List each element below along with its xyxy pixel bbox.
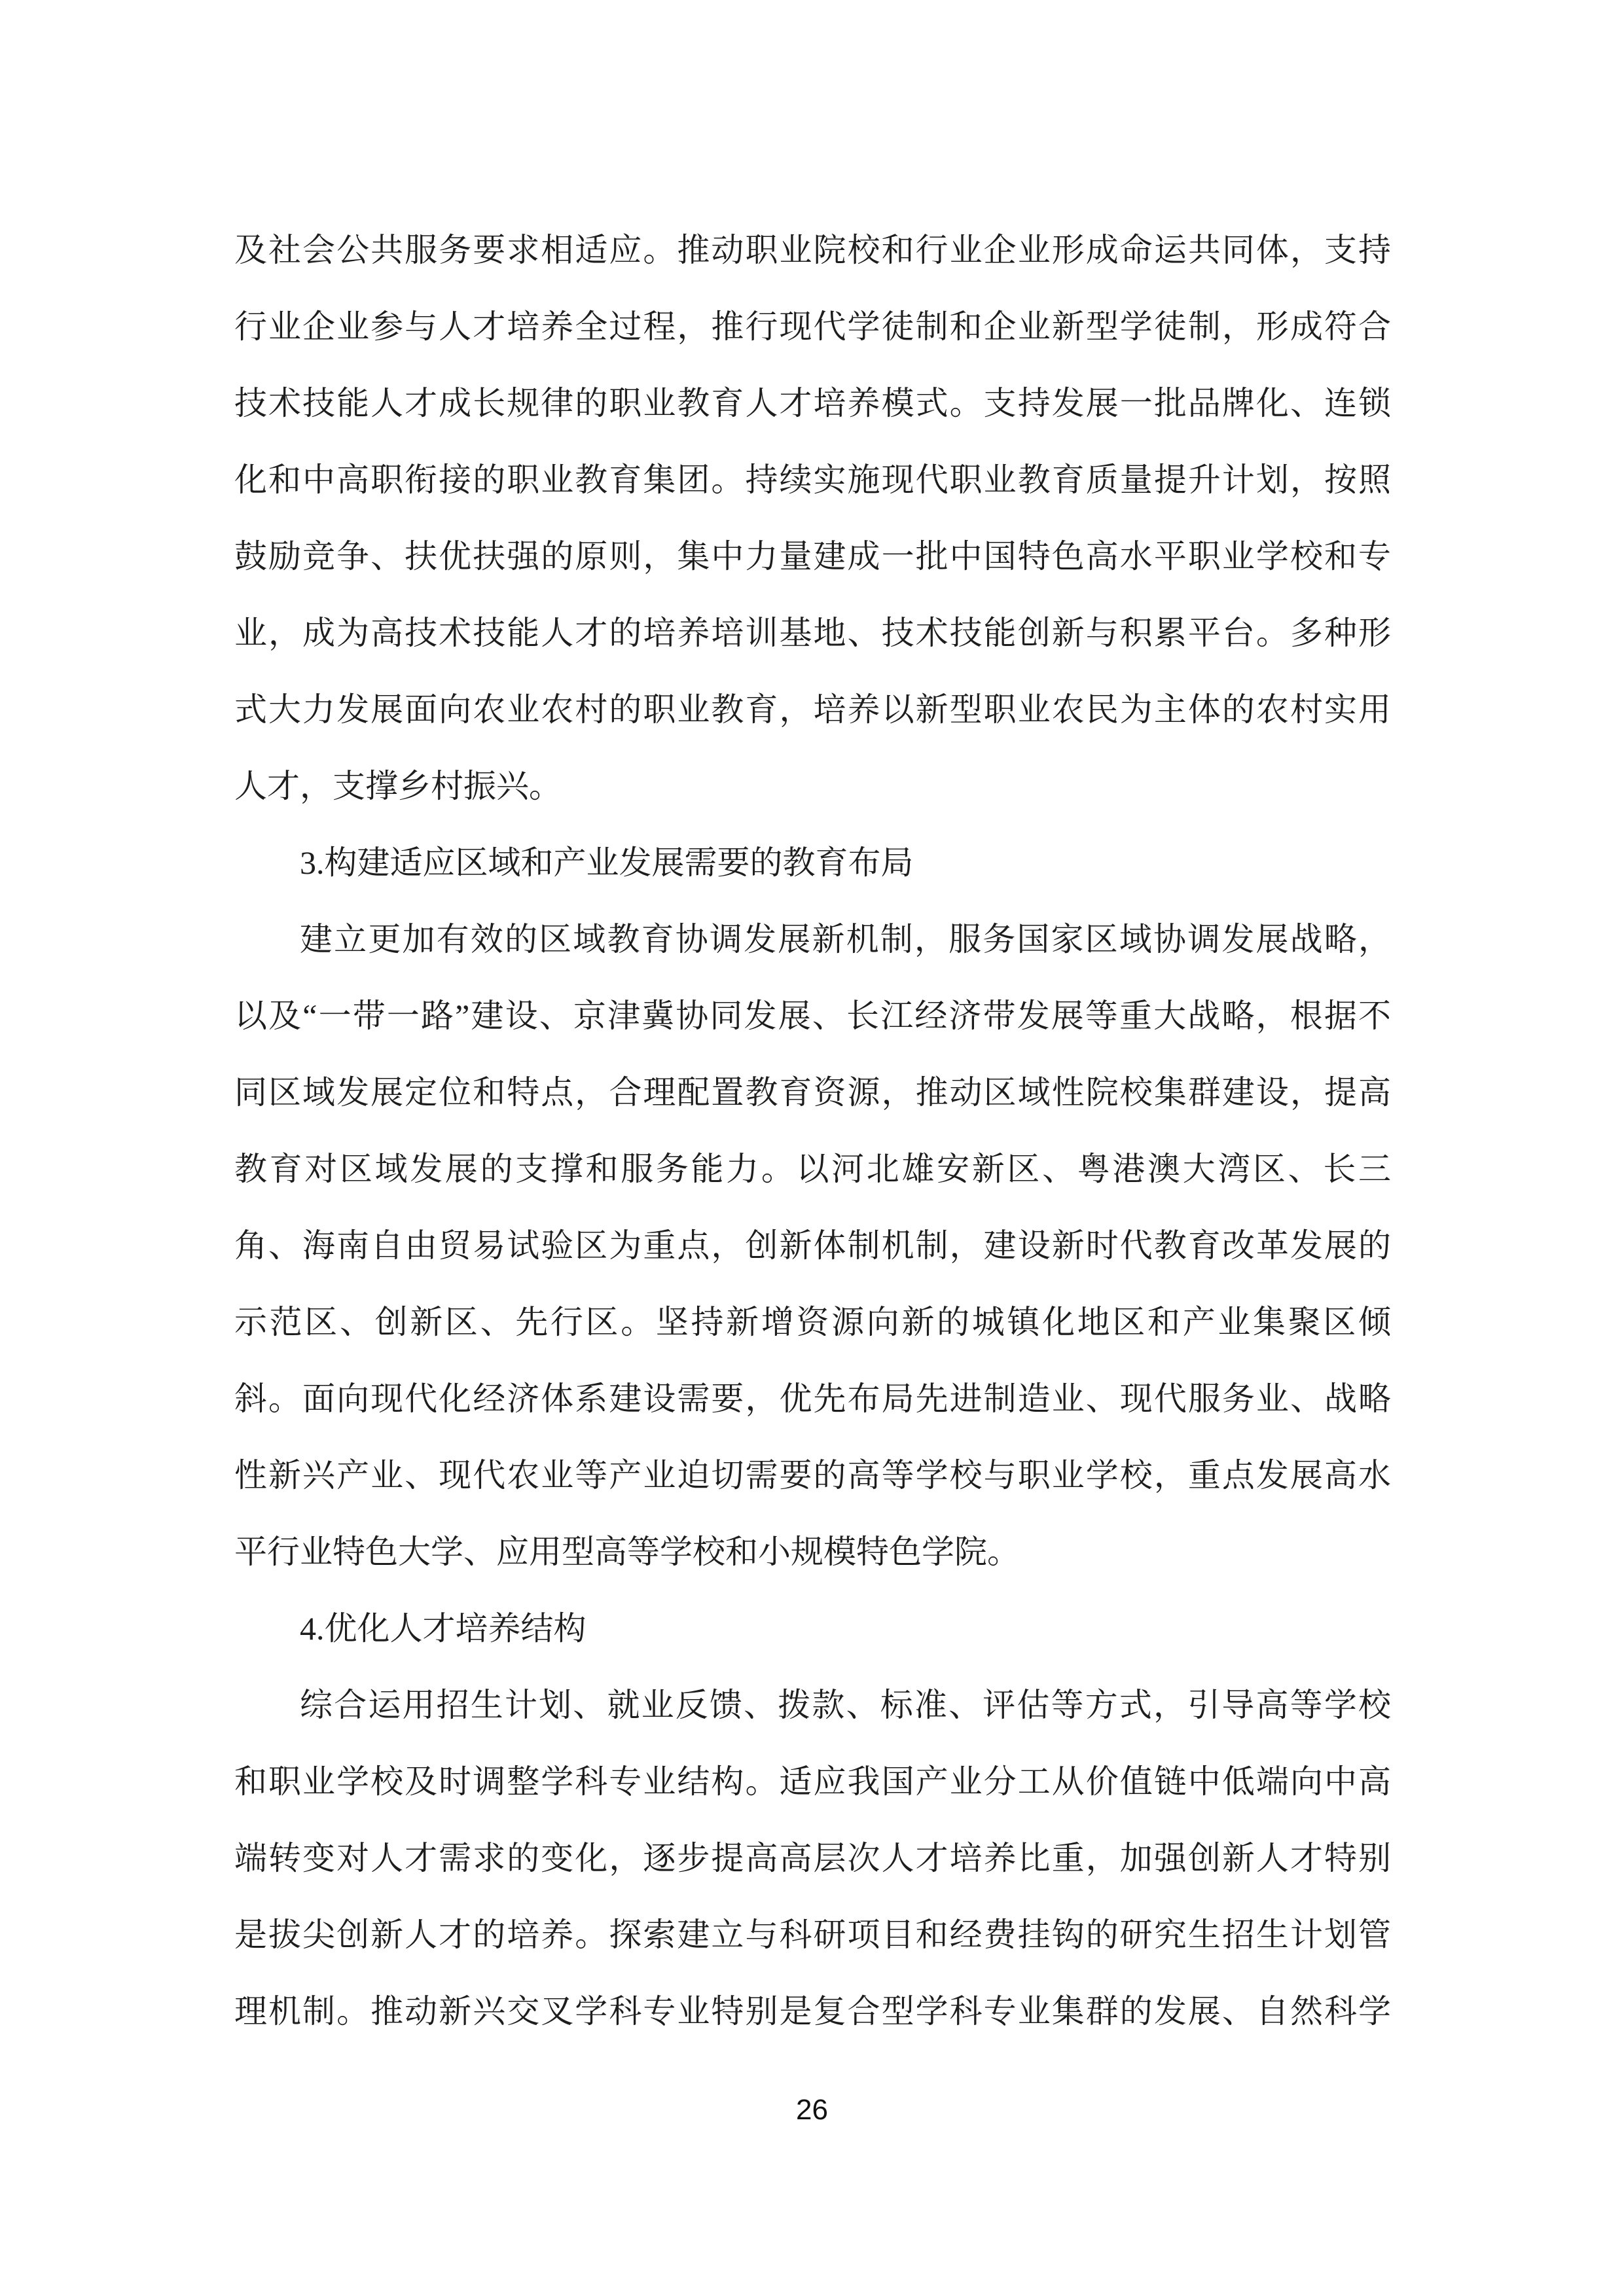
text-line: 式大力发展面向农业农村的职业教育，培养以新型职业农民为主体的农村实用	[234, 672, 1391, 748]
text-line: 化和中高职衔接的职业教育集团。持续实施现代职业教育质量提升计划，按照	[234, 442, 1391, 518]
text-line: 教育对区域发展的支撑和服务能力。以河北雄安新区、粤港澳大湾区、长三	[234, 1131, 1391, 1208]
text-line: 平行业特色大学、应用型高等学校和小规模特色学院。	[234, 1514, 1391, 1590]
text-line: 鼓励竞争、扶优扶强的原则，集中力量建成一批中国特色高水平职业学校和专	[234, 518, 1391, 595]
document-page: 及社会公共服务要求相适应。推动职业院校和行业企业形成命运共同体，支持行业企业参与…	[0, 0, 1624, 2296]
text-line: 和职业学校及时调整学科专业结构。适应我国产业分工从价值链中低端向中高	[234, 1744, 1391, 1820]
text-line: 性新兴产业、现代农业等产业迫切需要的高等学校与职业学校，重点发展高水	[234, 1437, 1391, 1514]
text-line: 技术技能人才成长规律的职业教育人才培养模式。支持发展一批品牌化、连锁	[234, 365, 1391, 442]
text-line: 端转变对人才需求的变化，逐步提高高层次人才培养比重，加强创新人才特别	[234, 1820, 1391, 1897]
text-line: 同区域发展定位和特点，合理配置教育资源，推动区域性院校集群建设，提高	[234, 1054, 1391, 1131]
page-number: 26	[796, 2094, 828, 2126]
text-line: 以及“一带一路”建设、京津冀协同发展、长江经济带发展等重大战略，根据不	[234, 978, 1391, 1054]
text-line: 业，成为高技术技能人才的培养培训基地、技术技能创新与积累平台。多种形	[234, 595, 1391, 672]
text-line: 角、海南自由贸易试验区为重点，创新体制机制，建设新时代教育改革发展的	[234, 1208, 1391, 1284]
text-line: 行业企业参与人才培养全过程，推行现代学徒制和企业新型学徒制，形成符合	[234, 289, 1391, 365]
page-footer: 26	[0, 2092, 1624, 2128]
text-line: 是拔尖创新人才的培养。探索建立与科研项目和经费挂钩的研究生招生计划管	[234, 1897, 1391, 1973]
text-line: 人才，支撑乡村振兴。	[234, 748, 1391, 825]
document-text: 及社会公共服务要求相适应。推动职业院校和行业企业形成命运共同体，支持行业企业参与…	[234, 212, 1391, 2050]
text-line: 斜。面向现代化经济体系建设需要，优先布局先进制造业、现代服务业、战略	[234, 1361, 1391, 1437]
section-heading: 4.优化人才培养结构	[234, 1590, 1391, 1667]
text-line: 及社会公共服务要求相适应。推动职业院校和行业企业形成命运共同体，支持	[234, 212, 1391, 289]
text-line: 示范区、创新区、先行区。坚持新增资源向新的城镇化地区和产业集聚区倾	[234, 1284, 1391, 1361]
section-heading: 3.构建适应区域和产业发展需要的教育布局	[234, 825, 1391, 901]
text-line: 理机制。推动新兴交叉学科专业特别是复合型学科专业集群的发展、自然科学	[234, 1973, 1391, 2050]
text-line: 建立更加有效的区域教育协调发展新机制，服务国家区域协调发展战略，	[234, 901, 1391, 978]
text-line: 综合运用招生计划、就业反馈、拨款、标准、评估等方式，引导高等学校	[234, 1667, 1391, 1744]
